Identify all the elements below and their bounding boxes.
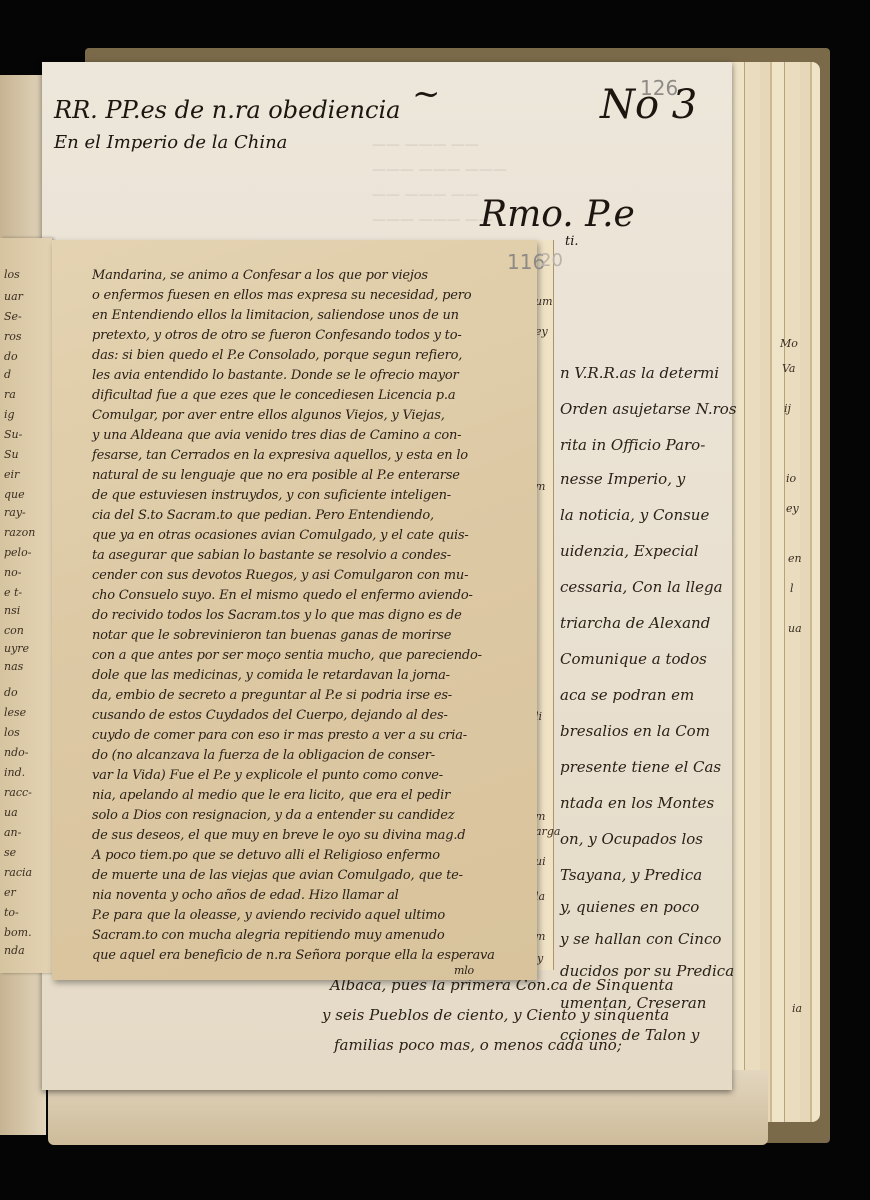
- stack-fragment: l: [790, 582, 794, 595]
- sheet-fragment: um: [535, 295, 553, 308]
- folio-line: Orden asujetarse N.ros: [560, 400, 737, 418]
- folio-line: y, quienes en poco: [560, 898, 699, 916]
- folio-line: triarcha de Alexand: [560, 614, 710, 632]
- insert-line: Sacram.to con mucha alegria repitiendo m…: [92, 928, 445, 943]
- left-fragment: ra: [4, 388, 16, 401]
- left-fragment: d: [4, 368, 11, 381]
- left-fragment: razon: [4, 526, 35, 539]
- left-fragment: ind.: [4, 766, 25, 779]
- insert-line: das: si bien quedo el P.e Consolado, por…: [92, 348, 462, 363]
- insert-line: en Entendiendo ellos la limitacion, sali…: [92, 308, 459, 323]
- stack-fragment: ia: [792, 1002, 802, 1015]
- stack-fragment: Va: [782, 362, 796, 375]
- insert-line: var la Vida) Fue el P.e y explicole el p…: [92, 768, 443, 783]
- folio-line: uidenzia, Expecial: [560, 542, 699, 560]
- page-stack-edge: Mo Va ij io ey en l ua ia: [720, 62, 820, 1122]
- insert-line: A poco tiem.po que se detuvo alli el Rel…: [92, 848, 440, 863]
- insert-line: Comulgar, por aver entre ellos algunos V…: [92, 408, 445, 423]
- folio-heading-line1: RR. PP.es de n.ra obediencia: [54, 96, 400, 124]
- left-facing-page: los uar Se- ros do d ra ig Su- Su eir qu…: [0, 238, 52, 973]
- insert-line: do recivido todos los Sacram.tos y lo qu…: [92, 608, 462, 623]
- folio-line: on, y Ocupados los: [560, 830, 703, 848]
- folio-line: bresalios en la Com: [560, 722, 710, 740]
- insert-line: P.e para que la oleasse, y aviendo reciv…: [92, 908, 445, 923]
- stack-fragment: ey: [786, 502, 799, 515]
- folio-line: aca se podran em: [560, 686, 694, 704]
- left-fragment: no-: [4, 566, 21, 579]
- insert-line: cusando de estos Cuydados del Cuerpo, de…: [92, 708, 448, 723]
- left-fragment: er: [4, 886, 16, 899]
- left-fragment: pelo-: [4, 546, 31, 559]
- insert-line: solo a Dios con resignacion, y da a ente…: [92, 808, 454, 823]
- insert-line: ta asegurar que sabian lo bastante se re…: [92, 548, 451, 563]
- stack-fragment: Mo: [780, 337, 798, 350]
- folio-line: nesse Imperio, y: [560, 470, 685, 488]
- left-fragment: uar: [4, 290, 23, 303]
- left-fragment: racc-: [4, 786, 32, 799]
- stack-fragment: ij: [784, 402, 791, 415]
- left-fragment: ros: [4, 330, 22, 343]
- left-fragment: que: [4, 488, 25, 501]
- folio-line: cessaria, Con la llega: [560, 578, 723, 596]
- stack-fragment: io: [786, 472, 796, 485]
- insert-line: cender con sus devotos Ruegos, y asi Com…: [92, 568, 468, 583]
- left-fragment: to-: [4, 906, 19, 919]
- folio-line: Comunique a todos: [560, 650, 707, 668]
- insert-line: cia del S.to Sacram.to que pedian. Pero …: [92, 508, 434, 523]
- stack-fragment: en: [788, 552, 802, 565]
- folio-heading-line2: En el Imperio de la China: [54, 132, 287, 153]
- insert-line: notar que le sobrevinieron tan buenas ga…: [92, 628, 451, 643]
- folio-line: n V.R.R.as la determi: [560, 364, 719, 382]
- insert-line: de que estuviesen instruydos, y con sufi…: [92, 488, 451, 503]
- folio-line: familias poco mas, o menos cada uno;: [334, 1036, 622, 1054]
- sheet-fragment: y: [537, 952, 543, 965]
- left-fragment: Se-: [4, 310, 22, 323]
- insert-line: nia noventa y ocho años de edad. Hizo ll…: [92, 888, 399, 903]
- left-fragment: ndo-: [4, 746, 28, 759]
- left-fragment: los: [4, 268, 20, 281]
- left-fragment: con: [4, 624, 24, 637]
- insert-line: de sus deseos, el que muy en breve le oy…: [92, 828, 465, 843]
- left-fragment: e t-: [4, 586, 22, 599]
- insert-line: cuydo de comer para con eso ir mas prest…: [92, 728, 467, 743]
- folio-line: y seis Pueblos de ciento, y Ciento y sin…: [322, 1006, 669, 1024]
- left-fragment: nas: [4, 660, 23, 673]
- salutation-end: ti.: [565, 234, 579, 249]
- insert-line: de muerte una de las viejas que avian Co…: [92, 868, 463, 883]
- insert-line: cho Consuelo suyo. En el mismo quedo el …: [92, 588, 473, 603]
- folio-line: la noticia, y Consue: [560, 506, 709, 524]
- salutation: Rmo. P.e: [480, 194, 635, 235]
- insert-line: les avia entendido lo bastante. Donde se…: [92, 368, 459, 383]
- left-fragment: lese: [4, 706, 26, 719]
- left-fragment: se: [4, 846, 16, 859]
- insert-line: dole que las medicinas, y comida le reta…: [92, 668, 450, 683]
- folio-line: rita in Officio Paro-: [560, 436, 705, 454]
- folio-line: presente tiene el Cas: [560, 758, 721, 776]
- left-fragment: ua: [4, 806, 18, 819]
- left-fragment: ig: [4, 408, 15, 421]
- left-fragment: bom.: [4, 926, 32, 939]
- left-fragment: ray-: [4, 506, 26, 519]
- folio-line: ntada en los Montes: [560, 794, 714, 812]
- left-fragment: do: [4, 350, 18, 363]
- insert-line: natural de su lenguaje que no era posibl…: [92, 468, 460, 483]
- left-fragment: eir: [4, 468, 19, 481]
- left-fragment: nsi: [4, 604, 20, 617]
- left-fragment: an-: [4, 826, 21, 839]
- inserted-letter-page: 116 20 Mandarina, se animo a Confesar a …: [52, 240, 537, 980]
- sheet-fragment: arga: [535, 825, 560, 838]
- folio-line: Tsayana, y Predica: [560, 866, 702, 884]
- adjacent-number-pencil: 20: [540, 250, 563, 271]
- left-fragment: nda: [4, 944, 25, 957]
- insert-line: da, embio de secreto a preguntar al P.e …: [92, 688, 452, 703]
- left-fragment: Su: [4, 448, 19, 461]
- catchword: mlo: [454, 964, 474, 977]
- left-fragment: racia: [4, 866, 32, 879]
- insert-line: o enfermos fuesen en ellos mas expresa s…: [92, 288, 471, 303]
- insert-line: con a que antes por ser moço sentia much…: [92, 648, 482, 663]
- insert-line: y una Aldeana que avia venido tres dias …: [92, 428, 461, 443]
- folio-number-pencil: 126: [640, 76, 678, 100]
- flourish-mark: ~: [412, 74, 441, 114]
- stack-fragment: ua: [788, 622, 802, 635]
- folio-line: y se hallan con Cinco: [560, 930, 721, 948]
- insert-line: fesarse, tan Cerrados en la expresiva aq…: [92, 448, 468, 463]
- insert-line: que aquel era beneficio de n.ra Señora p…: [92, 948, 495, 963]
- left-fragment: do: [4, 686, 18, 699]
- insert-line: pretexto, y otros de otro se fueron Conf…: [92, 328, 462, 343]
- insert-line: Mandarina, se animo a Confesar a los que…: [92, 268, 428, 283]
- insert-line: dificultad fue a que ezes que le concedi…: [92, 388, 455, 403]
- left-fragment: los: [4, 726, 20, 739]
- insert-line: do (no alcanzava la fuerza de la obligac…: [92, 748, 435, 763]
- insert-line: nia, apelando al medio que le era licito…: [92, 788, 450, 803]
- left-fragment: Su-: [4, 428, 22, 441]
- left-fragment: uyre: [4, 642, 29, 655]
- insert-line: que ya en otras ocasiones avian Comulgad…: [92, 528, 469, 543]
